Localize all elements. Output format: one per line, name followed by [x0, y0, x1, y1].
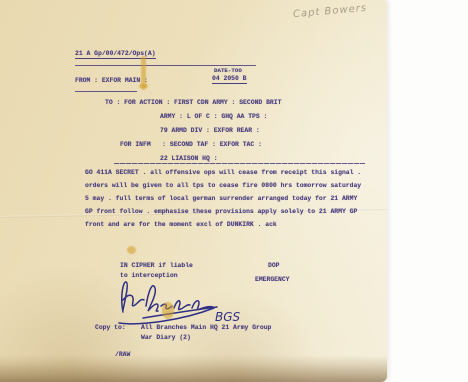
body-line-4: GP front follow . emphasise these provis… — [85, 209, 385, 215]
addressee-line-5: 22 LIAISON HQ : — [160, 156, 218, 162]
horizontal-rule-1 — [75, 65, 256, 66]
addressee-line-4: FOR INFM : SECOND TAF : EXFOR TAC : — [120, 142, 262, 148]
officer-initials: DOP — [268, 263, 280, 269]
handwritten-pencil-note: Capt Bowers — [293, 3, 368, 20]
body-line-3: 5 may . full terms of local german surre… — [85, 196, 385, 202]
tape-stain — [139, 84, 148, 88]
aged-paper-edge — [0, 355, 387, 382]
precedence-marking: EMERGENCY — [255, 277, 290, 283]
dtg-label: DATE-TOO — [214, 68, 242, 74]
horizontal-rule-3 — [114, 163, 365, 164]
paper-sheet: Capt Bowers 21 A Gp/00/472/Ops(A) DATE-T… — [0, 0, 387, 382]
from-line: FROM : EXFOR MAIN : — [75, 78, 148, 84]
signature-title: BGS — [215, 310, 241, 324]
dtg-value: 04 2050 B — [212, 76, 247, 84]
body-line-1: GO 411A SECRET . all offensive ops will … — [85, 170, 385, 176]
copy-to-line-2: War Diary (2) — [141, 335, 191, 341]
addressee-line-1: TO : FOR ACTION : FIRST CDN ARMY : SECON… — [105, 100, 281, 106]
addressee-line-3: 79 ARMD DIV : EXFOR REAR : — [160, 128, 260, 134]
copy-to-line-1: All Branches Main HQ 21 Army Group — [141, 325, 271, 331]
scanned-document: Capt Bowers 21 A Gp/00/472/Ops(A) DATE-T… — [0, 0, 468, 382]
body-line-2: orders will be given to all tps to cease… — [85, 183, 385, 189]
signature-block: BGS — [113, 274, 253, 328]
body-line-5: front and are for the moment excl of DUN… — [85, 222, 385, 228]
signature-ink-scribble: BGS — [113, 274, 253, 328]
copy-to-label: Copy to: — [95, 325, 126, 331]
addressee-line-2: ARMY : L OF C : GHQ AA TPS : — [160, 114, 267, 120]
horizontal-rule-2 — [75, 91, 137, 92]
cipher-note-line-1: IN CIPHER if liable — [120, 263, 193, 269]
tape-stain — [127, 246, 136, 254]
tape-stain — [162, 302, 174, 319]
